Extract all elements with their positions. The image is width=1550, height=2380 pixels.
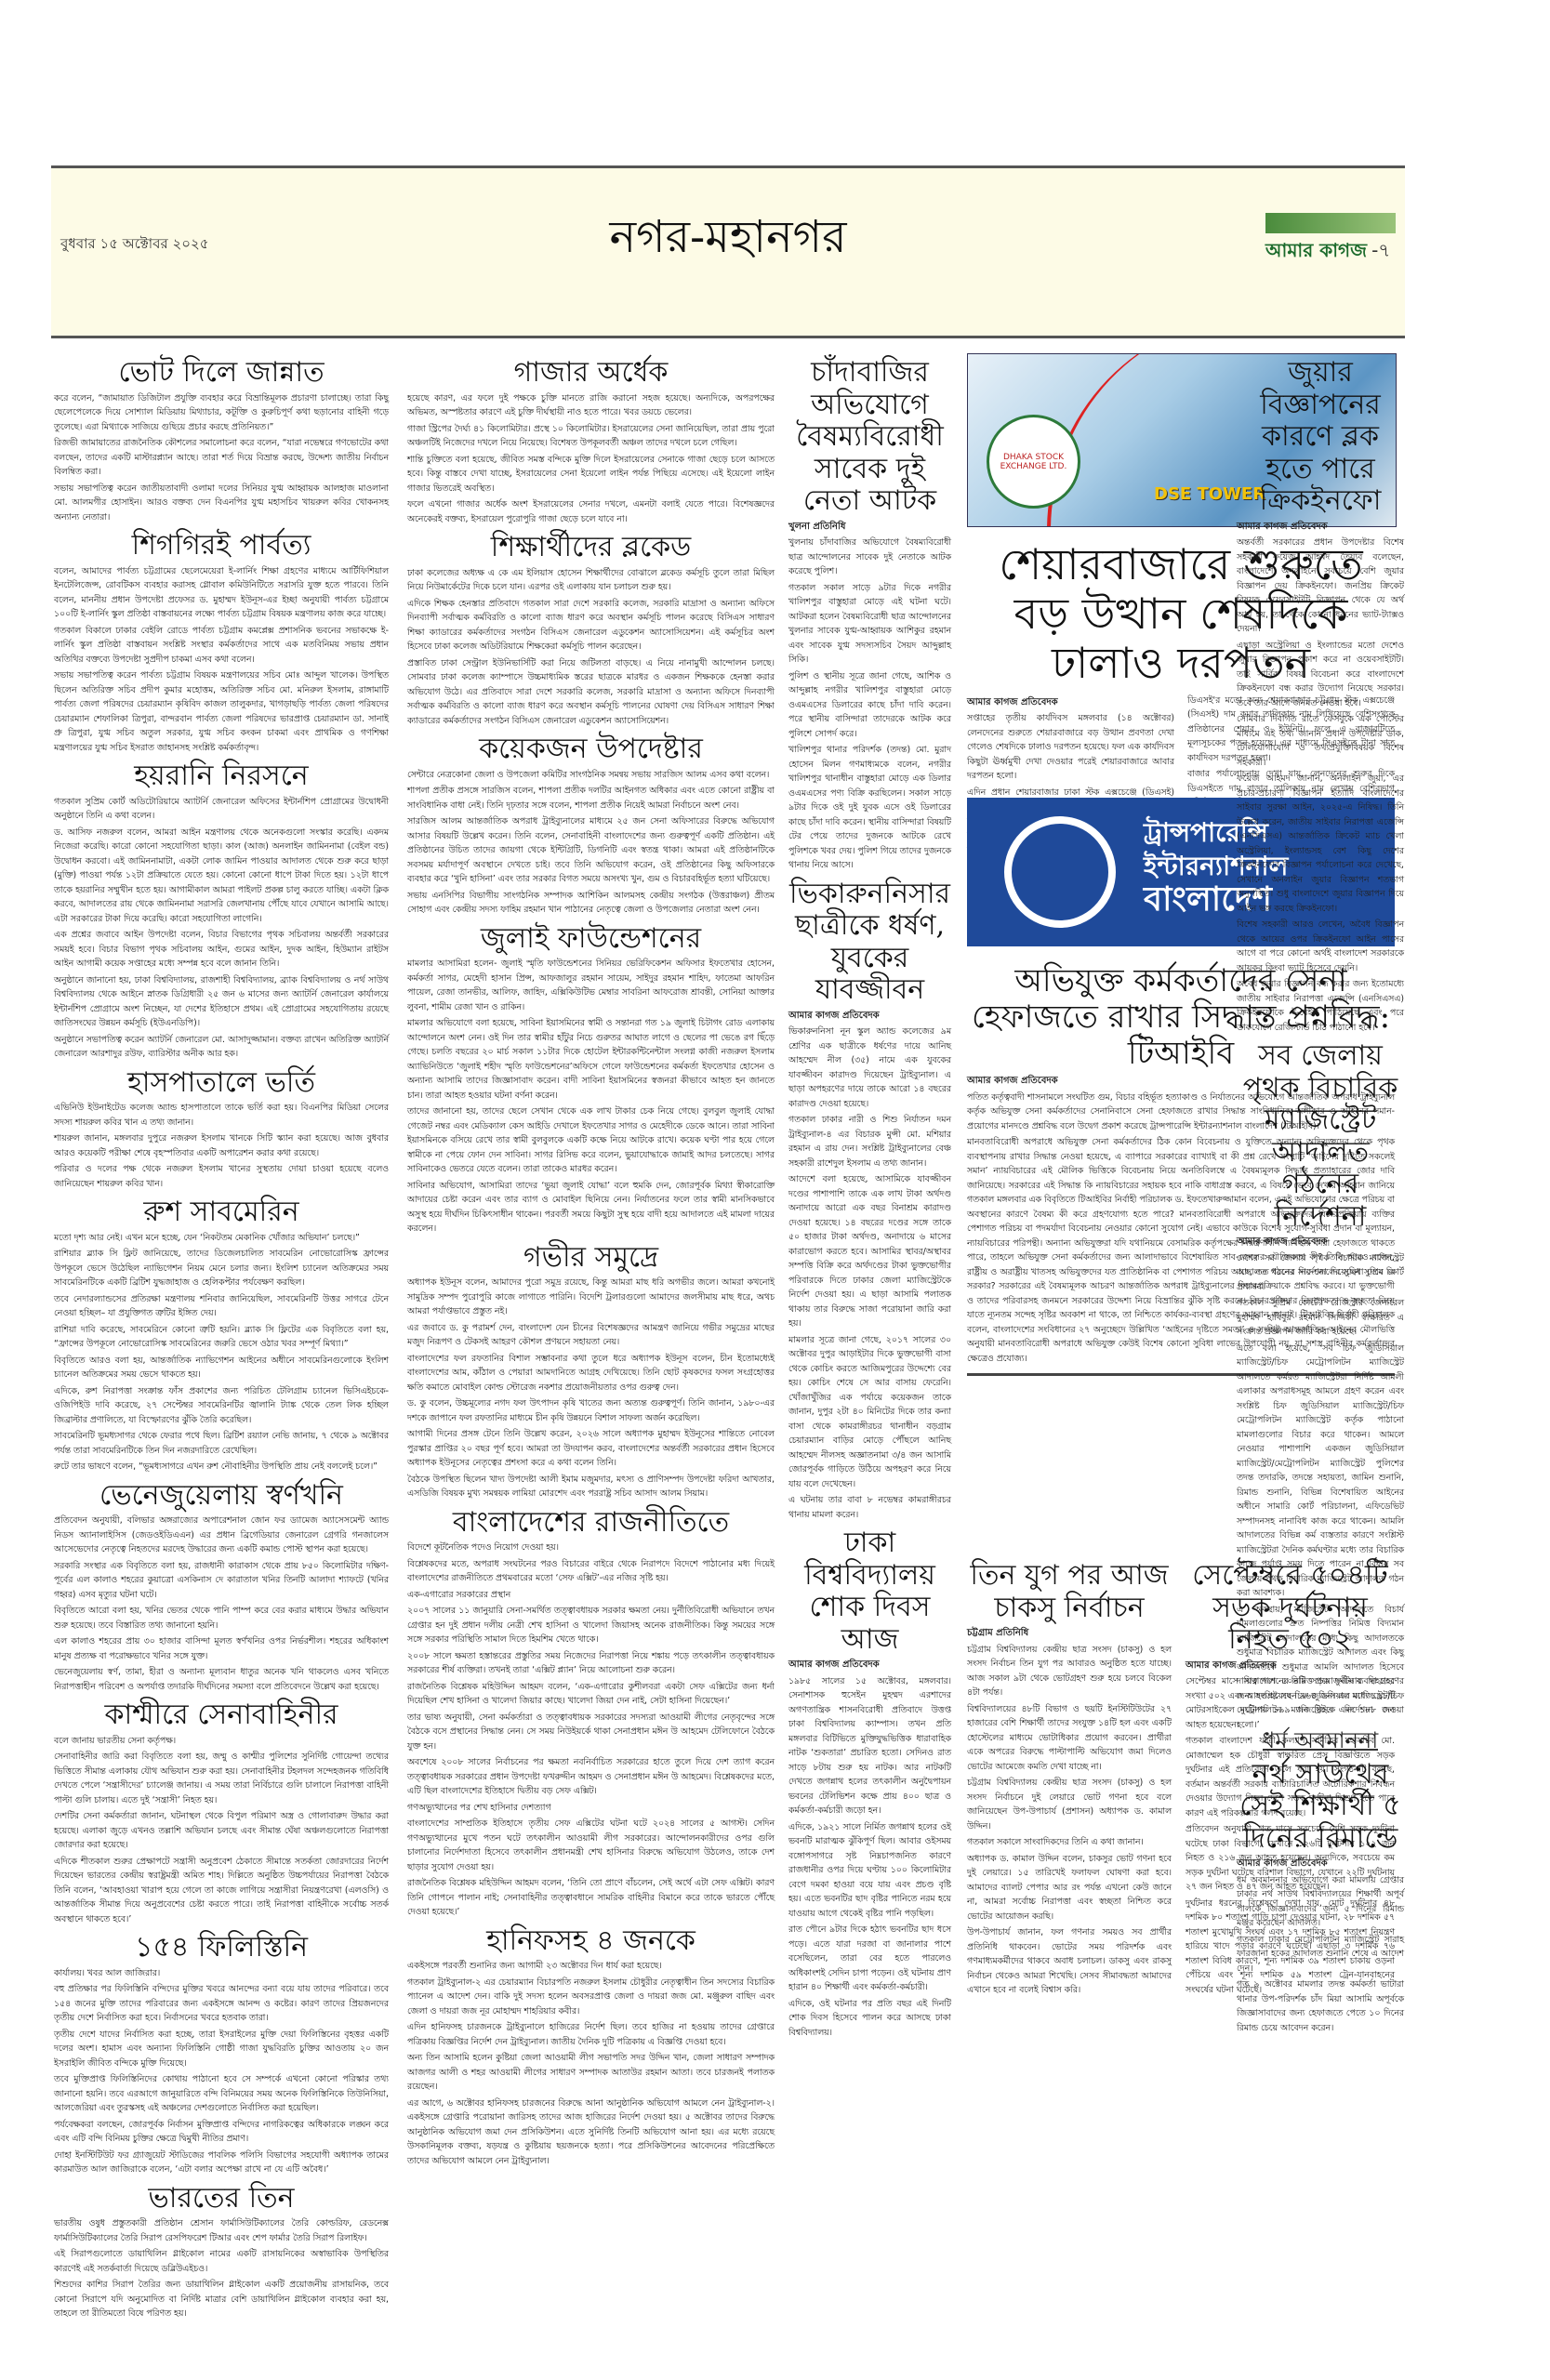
article: ভেনেজুয়েলায় স্বর্ণখনিপ্রতিবেদন অনুযায়… xyxy=(54,1480,389,1695)
article: ১৫৪ ফিলিস্তিনিকার্যালয়। খবর আল জাজিরার।… xyxy=(54,1932,389,2177)
paragraph: ফয়েজ আহমদ জানান, অনলাইন জুয়া, এর প্রচা… xyxy=(1237,772,1404,916)
article: হাসপাতালে ভর্তিএভিনিউ ইউনাইটেড কলেজ অ্যা… xyxy=(54,1067,389,1192)
article: হানিফসহ ৪ জনকেএকইসঙ্গে পরবর্তী শুনানির জ… xyxy=(407,1925,775,2169)
article: হয়রানি নিরসনেগতকাল সুপ্রিম কোর্ট অডিটোর… xyxy=(54,760,389,1062)
article-headline: গাজার অর্ধেক xyxy=(407,357,775,390)
article: কয়েকজন উপদেষ্টারসেন্টারে নেত্রকোনা জেলা… xyxy=(407,734,775,918)
paragraph: এক প্রশ্নের জবাবে আইন উপদেষ্টা বলেন, বিচ… xyxy=(54,928,389,972)
paragraph: এদিন হানিফসহ চারজনকে ট্রাইব্যুনালে হাজির… xyxy=(407,2020,775,2049)
paragraph: এভিনিউ ইউনাইটেড কলেজ অ্যান্ড হাসপাতালে ত… xyxy=(54,1101,389,1130)
article-kicker: ধর্ম অবমাননা xyxy=(1263,1734,1378,1751)
paragraph: সরকারি সংস্থার এক বিবৃতিতে বলা হয়, রাজধ… xyxy=(54,1559,389,1603)
paragraph: এল কালাও শহরের প্রায় ৩০ হাজার বাসিন্দা … xyxy=(54,1634,389,1663)
chaksu-headline: তিন যুগ পর আজ চাকসু নির্বাচন xyxy=(967,1560,1172,1624)
article: শিগগিরই পার্বত্যবলেন, আমাদের পার্বত্য চট… xyxy=(54,530,389,755)
paragraph: সোমবার দিবাগত রাতে ফেসবুকে এক পোস্টের মা… xyxy=(1237,712,1404,770)
article: ভারতের তিনভারতীয় ওষুধ প্রস্তুতকারী প্রত… xyxy=(54,2183,389,2321)
column-1: ভোট দিলে জান্নাতকরে বলেন, “জামায়াত ডিজি… xyxy=(54,351,389,2323)
article: গাজার অর্ধেকহয়েছে কারণ, এর ফলে দুই পক্ষ… xyxy=(407,357,775,526)
paragraph: সভায় সভাপতিত্ব করেন পার্বত্য চট্টগ্রাম … xyxy=(54,668,389,755)
paragraph: অনুষ্ঠানে সভাপতিত্ব করেন অ্যাটর্নি জেনার… xyxy=(54,1033,389,1062)
paragraph: খালিশপুর থানার পরিদর্শক (তদন্ত) মো. মুরা… xyxy=(788,743,951,873)
paragraph: গাজা স্ট্রিপের দৈর্ঘ্য ৪১ কিলোমিটার। প্র… xyxy=(407,422,775,451)
paragraph: বহু প্রতিক্ষার পর ফিলিস্তিনি বন্দিদের মু… xyxy=(54,1982,389,2026)
byline: আমার কাগজ প্রতিবেদক xyxy=(788,1009,951,1024)
article-headline: ভিকারুননিসার ছাত্রীকে ধর্ষণ, যুবকের যাবজ… xyxy=(788,879,951,1007)
section-title: নগর-মহানগর xyxy=(51,204,1405,277)
paragraph: এর জবাবে ড. কু পরামর্শ দেন, বাংলাদেশ যেন… xyxy=(407,1321,775,1350)
article-headline: চাঁদাবাজির অভিযোগে বৈষম্যবিরোধী সাবেক দু… xyxy=(788,357,951,518)
paragraph: অন্তর্বর্তী সরকারের প্রধান উপদেষ্টার বিশ… xyxy=(1237,535,1404,637)
paragraph: মামলার সূত্রে জানা গেছে, ২০১৭ সালের ৩০ অ… xyxy=(788,1333,951,1492)
paragraph: আগামী দিনের প্রসঙ্গ টেনে তিনি উল্লেখ করে… xyxy=(407,1427,775,1471)
paragraph: অধ্যাপক ড. কামাল উদ্দিন বলেন, চাকসুর ভোট… xyxy=(967,1852,1172,1924)
article: গভীর সমুদ্রেঅধ্যাপক ইউনূস বলেন, আমাদের প… xyxy=(407,1242,775,1501)
article-headline: জুয়ার বিজ্ঞাপনের কারণে ব্লক হতে পারে ক্… xyxy=(1237,357,1404,518)
paragraph: চট্টগ্রাম বিশ্ববিদ্যালয় কেন্দ্রীয় ছাত্… xyxy=(967,1776,1172,1833)
paragraph: ঢাকা কলেজের অধ্যক্ষ এ কে এম ইলিয়াস হোসে… xyxy=(407,566,775,595)
paragraph: এদিকে শিক্ষক হেনস্তার প্রতিবাদে গতকাল সা… xyxy=(407,597,775,654)
column-2: গাজার অর্ধেকহয়েছে কারণ, এর ফলে দুই পক্ষ… xyxy=(407,351,775,2170)
paragraph: অবশেষে ২০০৮ সালের নির্বাচনের পর ক্ষমতা ন… xyxy=(407,1755,775,1799)
article: কাশ্মীরে সেনাবাহিনীরবলে জানায় ভারতীয় স… xyxy=(54,1699,389,1926)
article-headline: ভারতের তিন xyxy=(54,2183,389,2215)
paragraph: সভায় সভাপতিত্ব করেন জাতীয়তাবাদী ওলামা … xyxy=(54,482,389,525)
paragraph: এদিকে, ওই ঘটনার পর প্রতি বছর এই দিনটি শো… xyxy=(788,1997,951,2041)
paragraph: বলেন, আমাদের পার্বত্য চট্টগ্রামের ছেলেমে… xyxy=(54,564,389,622)
paragraph: এদিকে, রুশ নিরাপত্তা সংক্রান্ত ফাঁস প্রক… xyxy=(54,1384,389,1428)
paragraph: প্রস্তাবিত ঢাকা সেন্ট্রাল ইউনিভার্সিটি ক… xyxy=(407,656,775,729)
paragraph: ২০০৭ সালের ১১ জানুয়ারি সেনা-সমর্থিত তত্… xyxy=(407,1604,775,1647)
paragraph: দেশটির সেনা কর্মকর্তারা জানান, ঘটনাস্থল … xyxy=(54,1809,389,1853)
paragraph: রাজনৈতিক বিশ্লেষক মহিউদ্দিন আহমদ বলেন, ‘… xyxy=(407,1876,775,1920)
paragraph: সভায় এনসিপির বিভাগীয় সাংগঠনিক সম্পাদক … xyxy=(407,889,775,918)
byline: আমার কাগজ প্রতিবেদক xyxy=(788,1658,951,1673)
article: সব জেলায় পৃথক বিচারিক ম্যাজিস্ট্রেট আদা… xyxy=(1237,1040,1404,1732)
dse-logo-icon: DHAKA STOCK EXCHANGE LTD. xyxy=(987,415,1080,509)
paragraph: সেন্টারে নেত্রকোনা জেলা ও উপজেলা কমিটির … xyxy=(407,768,775,783)
paragraph: সারজিস আলম আন্তর্জাতিক অপরাধ ট্রাইব্যুনা… xyxy=(407,814,775,887)
paragraph: ২০০৮ সালে ক্ষমতা হস্তান্তরের প্রস্তুতির … xyxy=(407,1649,775,1678)
byline: চট্টগ্রাম প্রতিনিধি xyxy=(967,1626,1172,1641)
byline: আমার কাগজ প্রতিবেদক xyxy=(1237,520,1404,535)
paragraph: ফলে এখনো গাজার অর্ধেক অংশ ইসরায়েলের সেন… xyxy=(407,497,775,526)
paragraph: খুলনায় চাঁদাবাজির অভিযোগে বৈষম্যবিরোধী … xyxy=(788,535,951,579)
article-headline: শিগগিরই পার্বত্য xyxy=(54,530,389,562)
paragraph: শাপলা প্রতীক প্রসঙ্গে সারজিস বলেন, শাপলা… xyxy=(407,784,775,813)
paragraph: গতকাল ঢাকার নারী ও শিশু নির্যাতন দমন ট্র… xyxy=(788,1113,951,1170)
article: ঢাকা বিশ্ববিদ্যালয় শোক দিবস আজআমার কাগজ… xyxy=(788,1527,951,2040)
paragraph: ড. কু বলেন, উচ্চমূল্যের নগদ ফল উৎপাদন কৃ… xyxy=(407,1396,775,1425)
paragraph: হয়েছে কারণ, এর ফলে দুই পক্ষকে চুক্তি মা… xyxy=(407,391,775,420)
paragraph: এদিকে শীতকাল শুরুর প্রেক্ষাপটে সন্ত্রাসী… xyxy=(54,1855,389,1927)
paragraph: বিশ্ববিদ্যালয়ের ৪৮টি বিভাগ ও ছয়টি ইনস্… xyxy=(967,1702,1172,1775)
paragraph: সাবমেরিনটি ভূমধ্যসাগর থেকে ফেরার পথে ছিল… xyxy=(54,1429,389,1458)
paragraph: শায়রুল জানান, মঙ্গলবার দুপুরে নজরুল ইসল… xyxy=(54,1131,389,1160)
paragraph: অবৈধ জুয়ার বিজ্ঞাপন বন্ধ করার জন্য ইতোম… xyxy=(1237,977,1404,1035)
article-headline: ঢাকা বিশ্ববিদ্যালয় শোক দিবস আজ xyxy=(788,1527,951,1656)
paragraph: এ ঘটনায় তার বাবা ৮ নভেম্বর কামরাঙ্গীরচর… xyxy=(788,1493,951,1522)
article-headline: জুলাই ফাউন্ডেশনের xyxy=(407,923,775,956)
paragraph: গতকাল বিকালে ঢাকার বেইলি রোডে পার্বত্য চ… xyxy=(54,624,389,668)
paragraph: তৃতীয় দেশে যাদের নির্বাসিত করা হচ্ছে, ত… xyxy=(54,2028,389,2071)
paragraph: অধ্যাপক ইউনূস বলেন, আমাদের পুরো সমুদ্র র… xyxy=(407,1276,775,1319)
paragraph: মামলার অভিযোগে বলা হয়েছে, সাবিনা ইয়াসম… xyxy=(407,1016,775,1103)
article-headline: সব জেলায় পৃথক বিচারিক ম্যাজিস্ট্রেট আদা… xyxy=(1237,1040,1404,1233)
paragraph: ভারতীয় ওষুধ প্রস্তুতকারী প্রতিষ্ঠান শ্র… xyxy=(54,2216,389,2245)
paragraph: তবে মুক্তিপ্রাপ্ত ফিলিস্তিনিদের কোথায় প… xyxy=(54,2072,389,2116)
tib-globe-icon xyxy=(1004,816,1116,928)
article-headline: বাংলাদেশের রাজনীতিতে xyxy=(407,1507,775,1540)
paragraph: একইসঙ্গে পরবর্তী শুনানির জন্য আগামী ২৩ অ… xyxy=(407,1959,775,1974)
section-masthead: বুধবার ১৫ অক্টোবর ২০২৫ নগর-মহানগর আমার ক… xyxy=(51,165,1405,338)
paragraph: ভেনেজুয়েলায় স্বর্ণ, তামা, হীরা ও অন্যা… xyxy=(54,1665,389,1694)
article: ভিকারুননিসার ছাত্রীকে ধর্ষণ, যুবকের যাবজ… xyxy=(788,879,951,1523)
byline: আমার কাগজ প্রতিবেদক xyxy=(1237,1857,1404,1871)
paragraph: গতকাল সুপ্রিম কোর্টের রেজিস্ট্রার জেনারে… xyxy=(1237,1296,1404,1340)
paragraph: মামলার আসামিরা হলেন- জুলাই স্মৃতি ফাউন্ড… xyxy=(407,957,775,1014)
logo-skyline-icon xyxy=(1265,213,1396,233)
article-headline: ১৫৪ ফিলিস্তিনি xyxy=(54,1932,389,1964)
byline: আমার কাগজ প্রতিবেদক xyxy=(967,695,1174,710)
paragraph: ১৯৮৫ সালের ১৫ অক্টোবর, মঙ্গলবার। সেনাশাস… xyxy=(788,1674,951,1818)
paragraph: মতো দৃশ্য আর নেই। এখন মনে হচ্ছে, যেন ‘নি… xyxy=(54,1231,389,1246)
paragraph: কার্যালয়। খবর আল জাজিরার। xyxy=(54,1966,389,1981)
paragraph: তবে নেদারল্যান্ডসের প্রতিরক্ষা মন্ত্রণাল… xyxy=(54,1292,389,1321)
paragraph: দেশের সব জেলায় পৃথক বিচারিক ম্যাজিস্ট্র… xyxy=(1237,1251,1404,1295)
paragraph: বিবৃতিতে আরও বলা হয়, আন্তর্জাতিক ন্যাভি… xyxy=(54,1354,389,1382)
article-headline: কয়েকজন উপদেষ্টার xyxy=(407,734,775,766)
paragraph: গতকাল ট্রাইব্যুনাল-২ এর চেয়ারম্যান বিচা… xyxy=(407,1976,775,2019)
paragraph: গণঅভ্যুত্থানের পর শেখ হাসিনার দেশত্যাগ xyxy=(407,1801,775,1816)
column-5: জুয়ার বিজ্ঞাপনের কারণে ব্লক হতে পারে ক্… xyxy=(1237,351,1404,2037)
article-headline: নর্থ সাউথের সেই শিক্ষার্থী ৫ দিনের রিমান… xyxy=(1237,1759,1404,1856)
paragraph: এই সিরাপগুলোতে ডায়াথিলিন গ্লাইকোল নামের… xyxy=(54,2247,389,2276)
byline: আমার কাগজ প্রতিবেদক xyxy=(1237,1235,1404,1249)
article: চাঁদাবাজির অভিযোগে বৈষম্যবিরোধী সাবেক দু… xyxy=(788,357,951,873)
paragraph: তাদের জানানো হয়, তাদের ছেলে সেখান থেকে … xyxy=(407,1104,775,1177)
paragraph: ধর্ম অবমাননার অভিযোগে করা মামলায় গ্রেপ্… xyxy=(1237,1873,1404,1931)
paragraph: এ অবস্থায়, ম্যাজিস্ট্রেট আদালতে বিচার্য… xyxy=(1237,1603,1404,1733)
paragraph: এতে বলা হয়েছে, ‘সব চিফ জুডিসিয়াল ম্যাজ… xyxy=(1237,1342,1404,1601)
paragraph: বাংলাদেশের ফল রফতানির বিশাল সম্ভাবনার কথ… xyxy=(407,1352,775,1395)
paragraph: বিশ্লেষকদের মতে, অপরাধ সংঘটনের পরও বিচার… xyxy=(407,1557,775,1586)
paragraph: তার ভাষ্য অনুযায়ী, সেনা কর্মকর্তারা ও ত… xyxy=(407,1711,775,1754)
article: জুয়ার বিজ্ঞাপনের কারণে ব্লক হতে পারে ক্… xyxy=(1237,357,1404,1035)
paragraph: এক-এগারোর সরকারের প্রস্থান xyxy=(407,1588,775,1603)
article: জুলাই ফাউন্ডেশনেরমামলার আসামিরা হলেন- জু… xyxy=(407,923,775,1236)
paragraph: সাবিনার অভিযোগ, আসামিরা তাদের ‘ভুয়া জুল… xyxy=(407,1179,775,1236)
paragraph: চট্টগ্রাম বিশ্ববিদ্যালয় কেন্দ্রীয় ছাত্… xyxy=(967,1643,1172,1700)
paragraph: প্রতিবেদন অনুযায়ী, বলিভার অঙ্গরাজ্যের অ… xyxy=(54,1514,389,1557)
paragraph: বিবৃতিতে আরো বলা হয়, খনির ভেতর থেকে পান… xyxy=(54,1604,389,1633)
paragraph: রাত পৌনে ৯টার দিকে হঠাৎ ভবনটির ছাদ ধসে প… xyxy=(788,1923,951,1995)
paragraph: সেনাবাহিনীর জারি করা বিবৃতিতে বলা হয়, জ… xyxy=(54,1750,389,1807)
paragraph: অনুষ্ঠানে জানানো হয়, ঢাকা বিশ্ববিদ্যালয… xyxy=(54,973,389,1031)
paragraph: রাশিয়ার ব্ল্যাক সি ফ্লিট জানিয়েছে, তাদ… xyxy=(54,1247,389,1290)
article: শিক্ষার্থীদের ব্লকেডঢাকা কলেজের অধ্যক্ষ … xyxy=(407,532,775,728)
article: রুশ সাবমেরিনমতো দৃশ্য আর নেই। এখন মনে হচ… xyxy=(54,1197,389,1474)
paragraph: শিশুদের কাশির সিরাপ তৈরির জন্য ডায়াথিলি… xyxy=(54,2278,389,2321)
paragraph: এদিকে, ১৯২১ সালে নির্মিত জগন্নাথ হলের ওই… xyxy=(788,1820,951,1922)
paragraph: গতকাল সকাল সাড়ে ৯টার দিকে নগরীর খালিশপু… xyxy=(788,581,951,668)
paragraph: এছাড়া অস্ট্রেলিয়া ও ইংল্যান্ডের মতো দে… xyxy=(1237,639,1404,711)
paragraph: পর্যবেক্ষকরা বলছেন, জোরপূর্বক নির্বাসন ম… xyxy=(54,2118,389,2147)
article-headline: ভোট দিলে জান্নাত xyxy=(54,357,389,390)
paragraph: ড. আসিফ নজরুল বলেন, আমরা আইন মন্ত্রণালয়… xyxy=(54,826,389,927)
paragraph: বিদেশে কূটনৈতিক পদেও নিয়োগ দেওয়া হয়। xyxy=(407,1540,775,1555)
paragraph: বাংলাদেশের সাম্প্রতিক ইতিহাসে তৃতীয় সেফ… xyxy=(407,1817,775,1874)
paragraph: রিজভী জামায়াতের রাজনৈতিক কৌশলের সমালোচন… xyxy=(54,436,389,480)
paragraph: পরিবার ও দলের পক্ষ থেকে নজরুল ইসলাম খানে… xyxy=(54,1162,389,1191)
paragraph: বিশেষ সহকারী আরও লেখেন, অবৈধ বিজ্ঞাপন থে… xyxy=(1237,918,1404,975)
chaksu-article: তিন যুগ পর আজ চাকসু নির্বাচন চট্টগ্রাম প… xyxy=(967,1554,1172,2000)
byline: খুলনা প্রতিনিধি xyxy=(788,520,951,535)
logo-name: আমার কাগজ xyxy=(1265,239,1367,261)
article: বাংলাদেশের রাজনীতিতেবিদেশে কূটনৈতিক পদেও… xyxy=(407,1507,775,1920)
paragraph: বৈঠকে উপস্থিত ছিলেন খাদ্য উপদেষ্টা আলী ই… xyxy=(407,1473,775,1501)
page-number: -৭ xyxy=(1371,239,1390,261)
column-3: চাঁদাবাজির অভিযোগে বৈষম্যবিরোধী সাবেক দু… xyxy=(788,351,951,2042)
paragraph: সপ্তাহের তৃতীয় কার্যদিবস মঙ্গলবার (১৪ অ… xyxy=(967,711,1174,784)
article: ভোট দিলে জান্নাতকরে বলেন, “জামায়াত ডিজি… xyxy=(54,357,389,524)
article-headline: রুশ সাবমেরিন xyxy=(54,1197,389,1229)
paragraph: ভিকারুননিসা নূন স্কুল অ্যান্ড কলেজের ৯ম … xyxy=(788,1025,951,1111)
article-headline: হাসপাতালে ভর্তি xyxy=(54,1067,389,1100)
newspaper-logo: আমার কাগজ -৭ xyxy=(1265,213,1396,297)
paragraph: পুলিশ ও স্থানীয় সূত্রে জানা গেছে, আশিক … xyxy=(788,669,951,742)
article-headline: কাশ্মীরে সেনাবাহিনীর xyxy=(54,1699,389,1732)
paragraph: করে বলেন, “জামায়াত ডিজিটাল প্রযুক্তি ব্… xyxy=(54,391,389,435)
article-headline: হয়রানি নিরসনে xyxy=(54,760,389,793)
paragraph: শান্তি চুক্তিতে বলা হয়েছে, জীবিত সমস্ত … xyxy=(407,453,775,496)
article-headline: হানিফসহ ৪ জনকে xyxy=(407,1925,775,1958)
paragraph: উপ-উপাচার্য জানান, ফল গণনার সময়ও সব প্র… xyxy=(967,1925,1172,1998)
paragraph: এর আগে, ৬ অক্টোবর হানিফসহ চারজনের বিরুদ্… xyxy=(407,2096,775,2169)
paragraph: দোহা ইনস্টিটিউট ফর গ্র্যাজুয়েট স্টাডিজে… xyxy=(54,2149,389,2177)
article: ধর্ম অবমাননানর্থ সাউথের সেই শিক্ষার্থী ৫… xyxy=(1237,1734,1404,2035)
paragraph: গতকাল সুপ্রিম কোর্ট অডিটোরিয়ামে অ্যাটর্… xyxy=(54,795,389,824)
paragraph: বলে জানায় ভারতীয় সেনা কর্তৃপক্ষ। xyxy=(54,1734,389,1749)
paragraph: গতকাল ঢাকার মেট্রোপলিটন ম্যাজিস্ট্রেট সা… xyxy=(1237,1933,1404,1977)
paragraph: অন্য তিন আসামি হলেন কুষ্টিয়া জেলা আওয়া… xyxy=(407,2051,775,2095)
article-headline: গভীর সমুদ্রে xyxy=(407,1242,775,1275)
article-headline: শিক্ষার্থীদের ব্লকেড xyxy=(407,532,775,564)
paragraph: আদেশে বলা হয়েছে, আসামিকে যাবজ্জীবন দণ্ড… xyxy=(788,1172,951,1331)
article-headline: ভেনেজুয়েলায় স্বর্ণখনি xyxy=(54,1480,389,1513)
paragraph: রাশিয়া দাবি করেছে, সাবমেরিনে কোনো ত্রুট… xyxy=(54,1323,389,1352)
paragraph: রাজনৈতিক বিশ্লেষক মহিউদ্দিন আহমদ বলেন, ‘… xyxy=(407,1680,775,1709)
paragraph: গতকাল সকালে সাংবাদিকদের তিনি এ কথা জানান… xyxy=(967,1835,1172,1850)
paragraph: গত ৯ অক্টোবর মামলার তদন্ত কর্মকর্তা ভাটা… xyxy=(1237,1977,1404,2035)
paragraph: রুটে তার ভাষণে বলেন, “ভূমধ্যসাগরে এখন রু… xyxy=(54,1460,389,1474)
